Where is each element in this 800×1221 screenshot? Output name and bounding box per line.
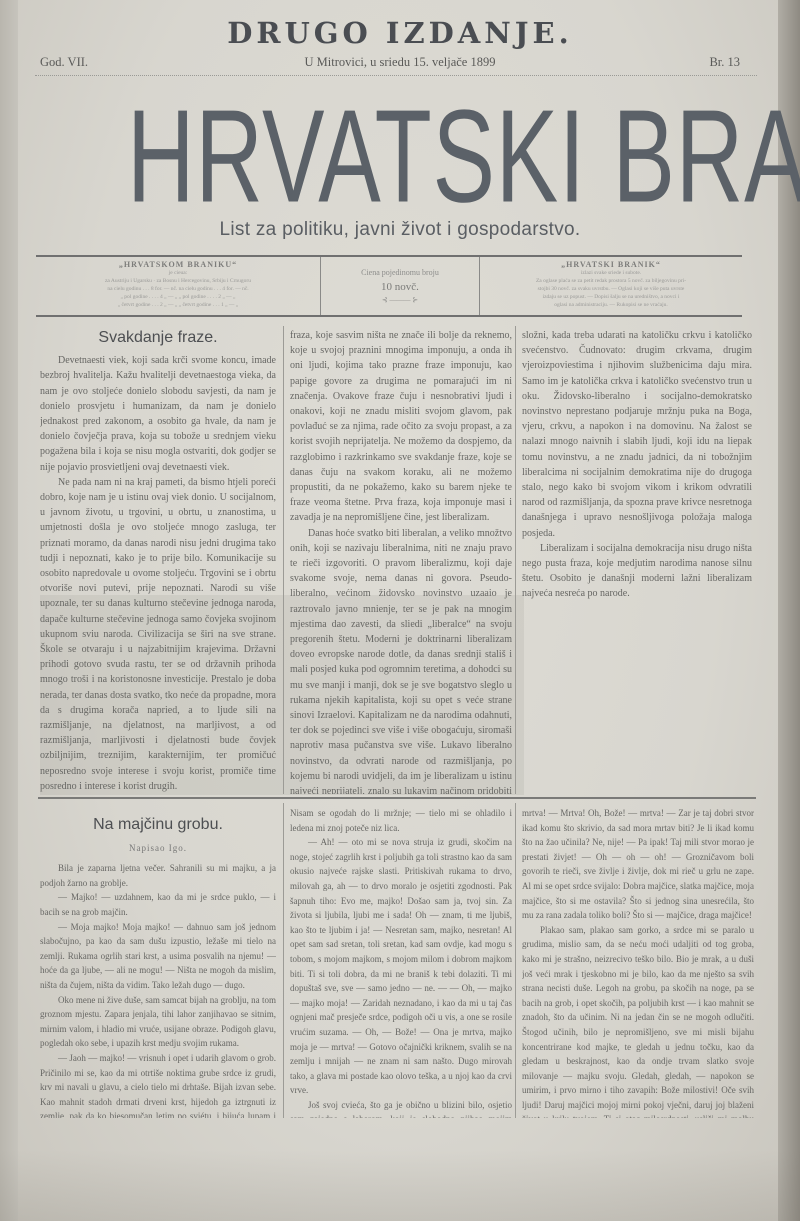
- issue-number: Br. 13: [709, 55, 740, 70]
- story-column: mrtva! — Mrtva! Oh, Bože! — mrtva! — Zar…: [522, 806, 754, 1118]
- column-rule: [283, 803, 284, 1118]
- story-column: Nisam se ogodah do li mržnje; — tielo mi…: [290, 806, 512, 1118]
- column-rule: [515, 326, 516, 794]
- paragraph: Nisam se ogodah do li mržnje; — tielo mi…: [290, 806, 512, 835]
- notice-box: „HRVATSKI BRANIK“ izlazi svake sriede i …: [480, 257, 742, 315]
- subscription-line: „ četvrt godine . . . 2 „ — „ „ četvrt g…: [42, 301, 314, 309]
- notice-line: Za oglase plaća se za petit redak prosto…: [486, 277, 736, 285]
- masthead: HRVATSKI BRANIK: [127, 86, 673, 214]
- paper-stain: [0, 1150, 800, 1221]
- paragraph: mrtva! — Mrtva! Oh, Bože! — mrtva! — Zar…: [522, 806, 754, 923]
- column-rule: [515, 803, 516, 1118]
- notice-line: izdaju se uz popust. — Dopisi šalju se n…: [486, 293, 736, 301]
- section-rule: [38, 797, 756, 799]
- story-title: Na majčinu grobu.: [40, 818, 276, 833]
- subscription-line: „ pol godine . . . . 4 „ — „ „ pol godin…: [42, 293, 314, 301]
- notice-caption: izlazi svake sriede i subote.: [486, 269, 736, 277]
- subscription-title: „HRVATSKOM BRANIKU“: [42, 260, 314, 269]
- article-column: Svakdanje fraze. Devetnaesti viek, koji …: [40, 326, 276, 794]
- place-date: U Mitrovici, u sriedu 15. veljače 1899: [0, 55, 800, 70]
- paragraph: Danas hoće svatko biti liberalan, a veli…: [290, 526, 512, 794]
- subscription-caption: je cieua:: [42, 269, 314, 277]
- price-box: Ciena pojedinomu broju 10 novč. ⊰ ——— ⊱: [321, 257, 480, 315]
- subscription-line: na cielu godinu . . . 8 for. — nč. na ci…: [42, 285, 314, 293]
- edition-label: DRUGO IZDANJE.: [0, 16, 800, 50]
- paragraph: Još svoj cvieća, što ga je obično u bliz…: [290, 1098, 512, 1118]
- article-column: fraza, koje sasvim ništa ne znače ili bo…: [290, 328, 512, 794]
- article-column: složni, kada treba udarati na katoličku …: [522, 328, 752, 628]
- paragraph: fraza, koje sasvim ništa ne znače ili bo…: [290, 328, 512, 526]
- story-byline: Napisao Igo.: [40, 841, 276, 856]
- paragraph: Devetnaesti viek, koji sada krči svome k…: [40, 353, 276, 475]
- paragraph: — Moja majko! Moja majko! — dahnuo sam j…: [40, 920, 276, 993]
- paragraph: — Majko! — uzdahnem, kao da mi je srdce …: [40, 890, 276, 919]
- notice-line: oglasi na administraciju. — Rukopisi se …: [486, 301, 736, 309]
- paragraph: složni, kada treba udarati na katoličku …: [522, 328, 752, 541]
- dateline-rule: [35, 75, 757, 76]
- paragraph: Ne pada nam ni na kraj pameti, da bismo …: [40, 475, 276, 794]
- paragraph: — Jaoh — majko! — vrisnuh i opet i udari…: [40, 1051, 276, 1118]
- paragraph: Plakao sam, plakao sam gorko, a srdce mi…: [522, 923, 754, 1118]
- paragraph: — Ah! — oto mi se nova struja iz grudi, …: [290, 835, 512, 1098]
- ornament: ⊰ ——— ⊱: [327, 296, 473, 304]
- article-title: Svakdanje fraze.: [40, 330, 276, 345]
- subscription-box: „HRVATSKOM BRANIKU“ je cieua: za Austrij…: [36, 257, 321, 315]
- paragraph: Liberalizam i socijalna demokracija nisu…: [522, 541, 752, 602]
- subscription-line: za Austriju i Ugarsku · za Bosnu i Herce…: [42, 277, 314, 285]
- notice-title: „HRVATSKI BRANIK“: [486, 260, 736, 269]
- column-rule: [283, 326, 284, 794]
- paragraph: Oko mene ni žive duše, sam samcat bijah …: [40, 993, 276, 1051]
- price-caption: Ciena pojedinomu broju: [327, 268, 473, 277]
- masthead-subtitle: List za politiku, javni život i gospodar…: [0, 219, 800, 241]
- masthead-title: HRVATSKI BRANIK: [127, 86, 800, 227]
- paragraph: Bila je zaparna ljetna večer. Sahranili …: [40, 861, 276, 890]
- price-value: 10 novč.: [327, 281, 473, 293]
- story-column: Na majčinu grobu. Napisao Igo. Bila je z…: [40, 808, 276, 1118]
- notice-line: stojbi 30 novč. za svaku uvrstbu. — Ogla…: [486, 285, 736, 293]
- info-strip: „HRVATSKOM BRANIKU“ je cieua: za Austrij…: [36, 255, 742, 317]
